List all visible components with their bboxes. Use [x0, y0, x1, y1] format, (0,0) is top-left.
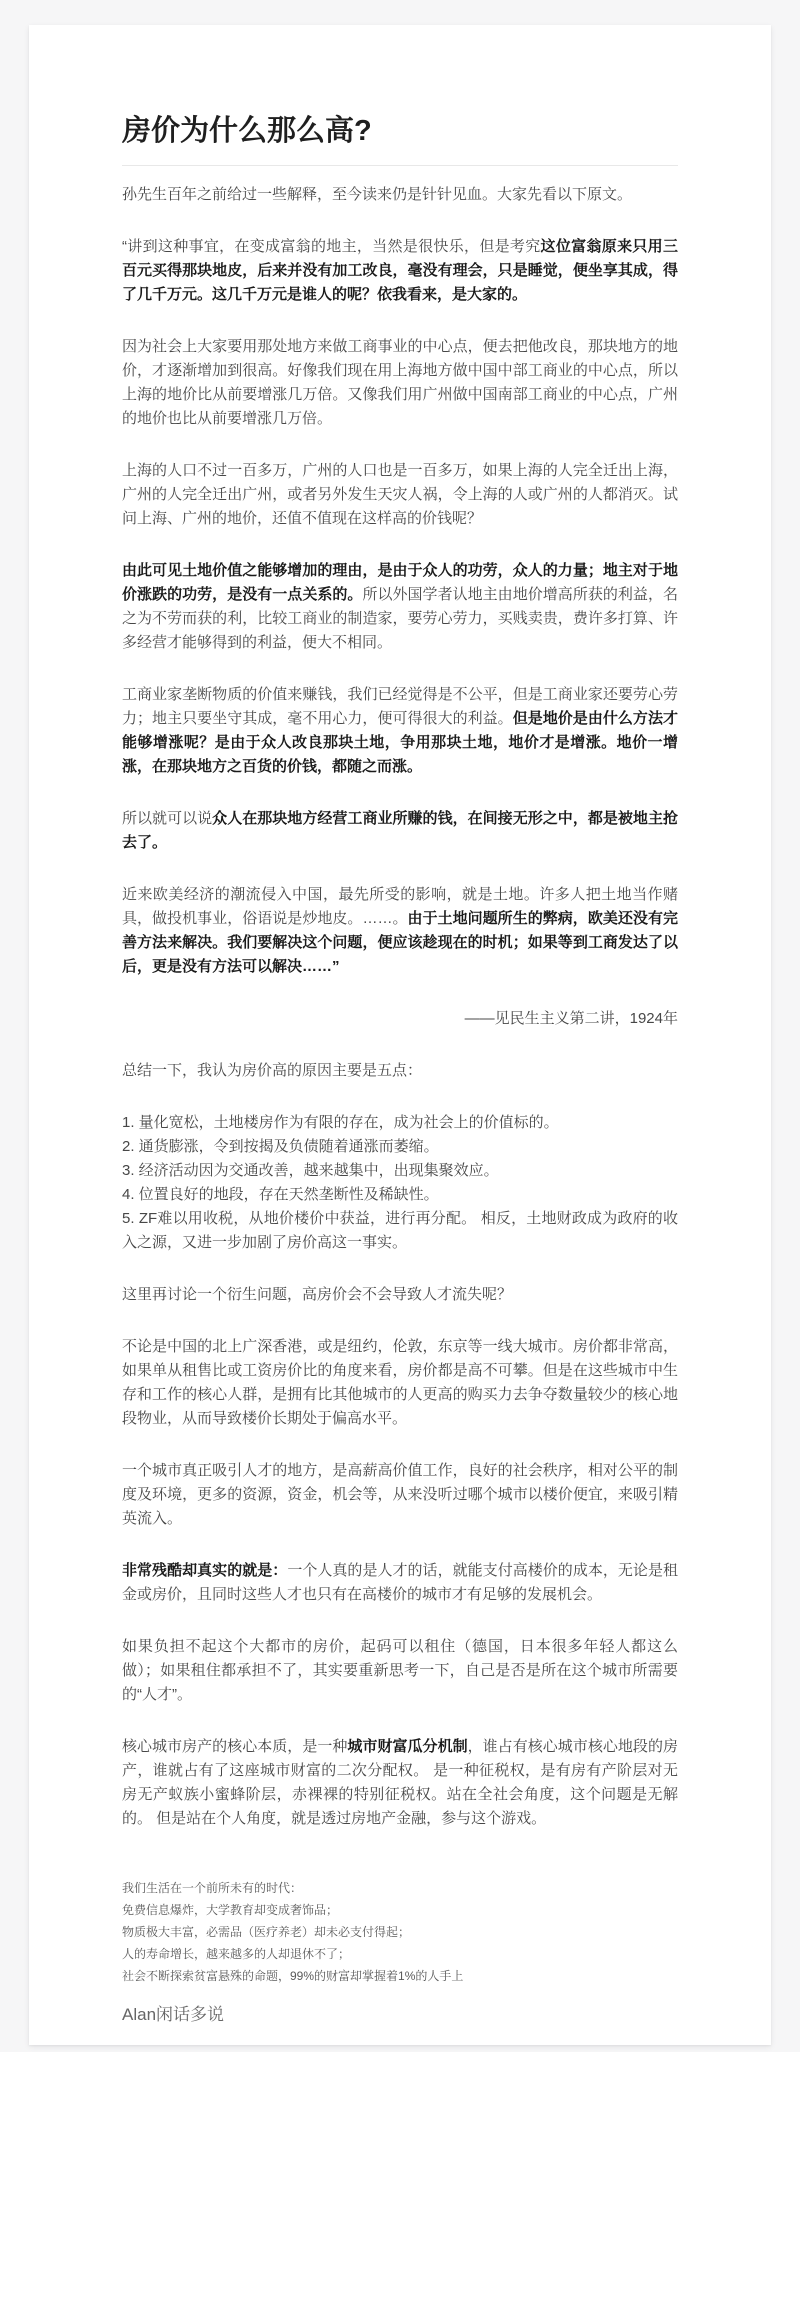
summary-intro: 总结一下，我认为房价高的原因主要是五点：	[122, 1059, 678, 1083]
reason-item-4: 4. 位置良好的地段，存在天然垄断性及稀缺性。	[122, 1183, 678, 1207]
derived-question-paragraph: 这里再讨论一个衍生问题，高房价会不会导致人才流失呢？	[122, 1283, 678, 1307]
author-signature: Alan闲话多说	[122, 2003, 678, 2027]
reason-item-1: 1. 量化宽松，土地楼房作为有限的存在，成为社会上的价值标的。	[122, 1111, 678, 1135]
paragraph-rent-advice: 如果负担不起这个大都市的房价，起码可以租住（德国，日本很多年轻人都这么做）；如果…	[122, 1635, 678, 1707]
reason-item-3: 3. 经济活动因为交通改善，越来越集中，出现集聚效应。	[122, 1159, 678, 1183]
page-background: 房价为什么那么高? 孙先生百年之前给过一些解释，至今读来仍是针针见血。大家先看以…	[0, 0, 800, 2052]
paragraph-property-essence: 核心城市房产的核心本质，是一种城市财富瓜分机制，谁占有核心城市核心地段的房产，谁…	[122, 1735, 678, 1831]
quote-attribution: ——见民生主义第二讲，1924年	[122, 1007, 678, 1031]
footer-block: 我们生活在一个前所未有的时代： 免费信息爆炸，大学教育却变成奢饰品； 物质极大丰…	[122, 1877, 678, 2027]
footer-line-3: 物质极大丰富，必需品（医疗养老）却未必支付得起；	[122, 1921, 678, 1943]
quote-paragraph-7: 近来欧美经济的潮流侵入中国，最先所受的影响，就是土地。许多人把土地当作赌具，做投…	[122, 883, 678, 979]
footer-line-1: 我们生活在一个前所未有的时代：	[122, 1877, 678, 1899]
reasons-list: 1. 量化宽松，土地楼房作为有限的存在，成为社会上的价值标的。 2. 通货膨涨，…	[122, 1111, 678, 1255]
intro-paragraph: 孙先生百年之前给过一些解释，至今读来仍是针针见血。大家先看以下原文。	[122, 183, 678, 207]
footer-line-5: 社会不断探索贫富悬殊的命题，99%的财富却掌握着1%的人手上	[122, 1965, 678, 1987]
quote-paragraph-2: 因为社会上大家要用那处地方来做工商事业的中心点，便去把他改良，那块地方的地价，才…	[122, 335, 678, 431]
quote-paragraph-4: 由此可见土地价值之能够增加的理由，是由于众人的功劳，众人的力量；地主对于地价涨跌…	[122, 559, 678, 655]
article-title: 房价为什么那么高?	[122, 113, 678, 150]
quote-paragraph-1: “讲到这种事宜，在变成富翁的地主，当然是很快乐，但是考究这位富翁原来只用三百元买…	[122, 235, 678, 307]
article-card: 房价为什么那么高? 孙先生百年之前给过一些解释，至今读来仍是针针见血。大家先看以…	[29, 25, 771, 2045]
footer-line-2: 免费信息爆炸，大学教育却变成奢饰品；	[122, 1899, 678, 1921]
quote-paragraph-3: 上海的人口不过一百多万，广州的人口也是一百多万，如果上海的人完全迁出上海，广州的…	[122, 459, 678, 531]
quote-paragraph-5: 工商业家垄断物质的价值来赚钱，我们已经觉得是不公平，但是工商业家还要劳心劳力；地…	[122, 683, 678, 779]
paragraph-big-cities: 不论是中国的北上广深香港，或是纽约，伦敦，东京等一线大城市。房价都非常高，如果单…	[122, 1335, 678, 1431]
paragraph-cruel-truth: 非常残酷却真实的就是：一个人真的是人才的话，就能支付高楼价的成本，无论是租金或房…	[122, 1559, 678, 1607]
quote-paragraph-6: 所以就可以说众人在那块地方经营工商业所赚的钱，在间接无形之中，都是被地主抢去了。	[122, 807, 678, 855]
reason-item-5: 5. ZF难以用收税，从地价楼价中获益，进行再分配。 相反，土地财政成为政府的收…	[122, 1207, 678, 1255]
reason-item-2: 2. 通货膨涨，令到按揭及负债随着通涨而萎缩。	[122, 1135, 678, 1159]
paragraph-city-attraction: 一个城市真正吸引人才的地方，是高薪高价值工作，良好的社会秩序，相对公平的制度及环…	[122, 1459, 678, 1531]
title-divider	[122, 165, 678, 166]
footer-line-4: 人的寿命增长，越来越多的人却退休不了；	[122, 1943, 678, 1965]
